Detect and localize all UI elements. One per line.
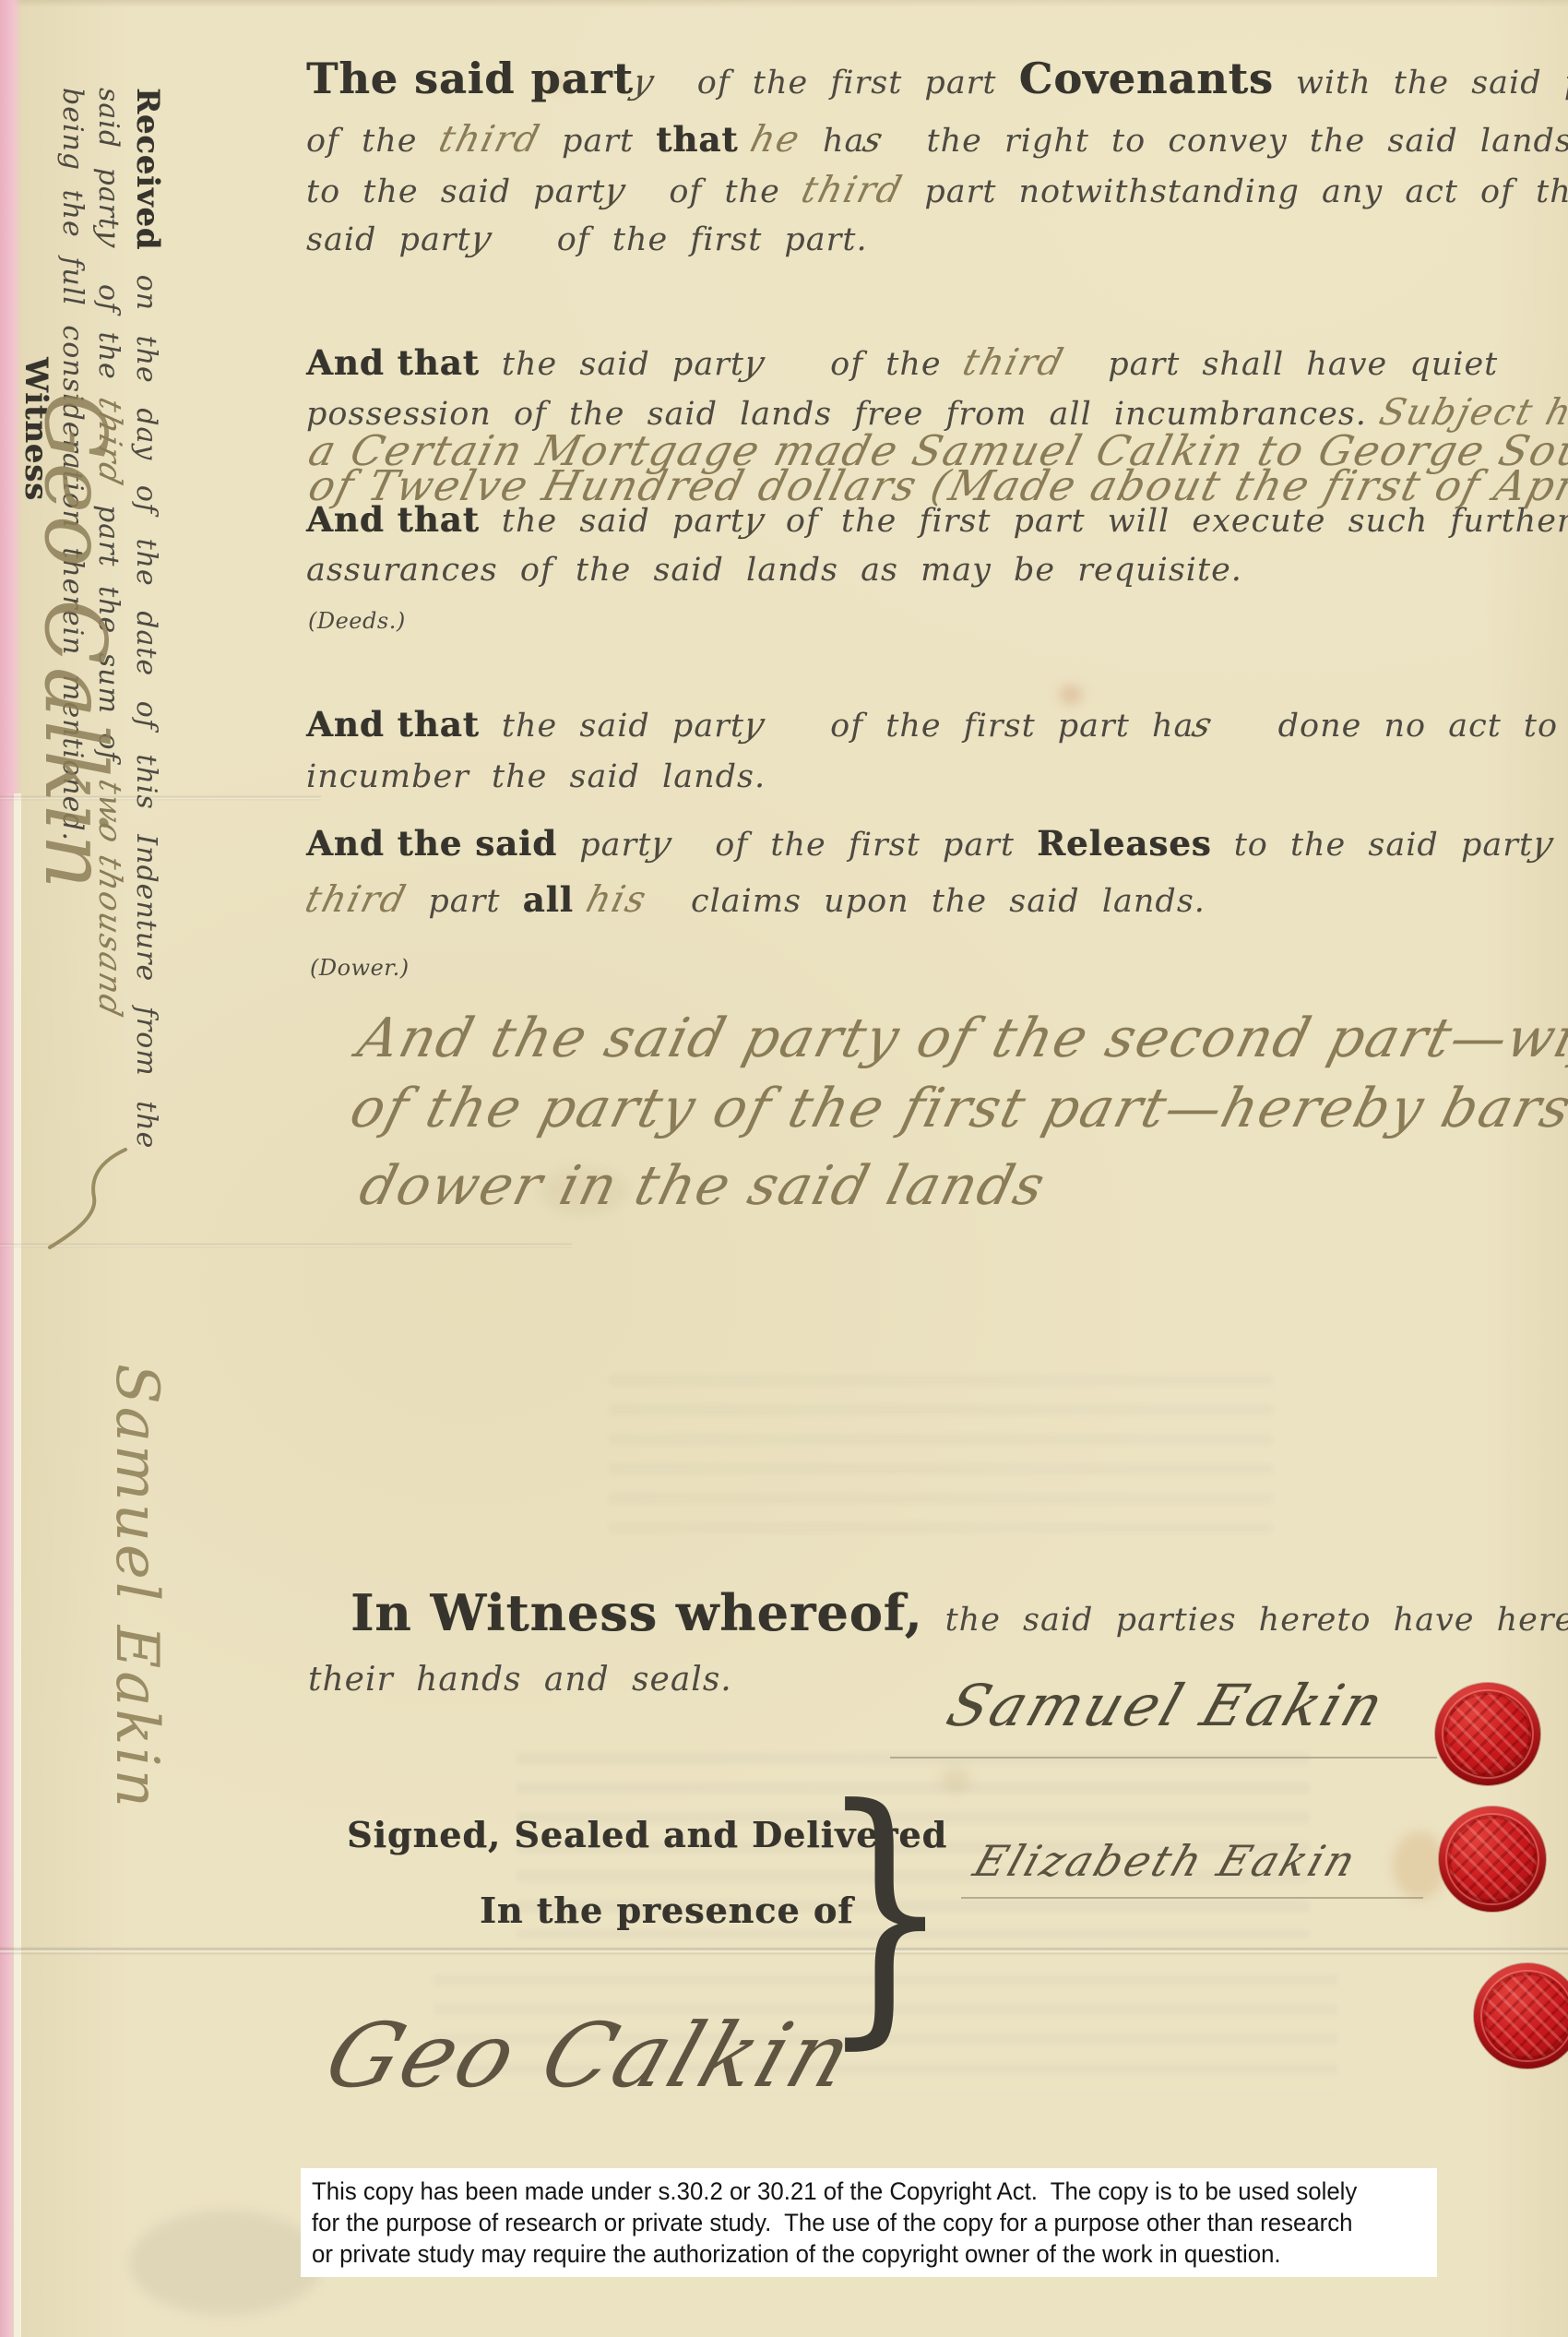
text-run-it: said part bbox=[92, 88, 125, 230]
text-run-it: of the bbox=[92, 246, 125, 399]
text-run-hw: third bbox=[301, 878, 411, 921]
text-run-it: part shall have quiet bbox=[1063, 346, 1498, 383]
covenant-line: of the third part that he has the right … bbox=[306, 118, 1568, 161]
margin-witness-signature: Geo Calkin bbox=[26, 392, 125, 1019]
text-run-bl: Releases bbox=[1037, 823, 1211, 864]
red-wax-seal bbox=[1439, 1806, 1546, 1912]
text-run-it: on the day of the date of this Indenture… bbox=[130, 250, 162, 1149]
scan-edge-pink-bottom bbox=[0, 793, 15, 2337]
text-run-it: of the bbox=[624, 173, 802, 210]
text-run-it: of the first part bbox=[653, 65, 1019, 101]
text-run-bl: And that bbox=[306, 342, 480, 383]
text-run-hw: third bbox=[434, 118, 545, 161]
covenant-line: to the said party of the third part notw… bbox=[306, 169, 1568, 211]
text-run-bl: In Witness whereof, bbox=[350, 1583, 922, 1642]
text-run-it: part bbox=[557, 827, 651, 864]
handwritten-dower-clause: of the party of the first part—hereby ba… bbox=[352, 1076, 1568, 1139]
text-run-it: of the first part bbox=[671, 827, 1037, 864]
text-run-lbl: (Dower.) bbox=[310, 955, 410, 981]
text-run-bl: And the said bbox=[306, 823, 557, 864]
text-run-hw: dower in the said lands bbox=[353, 1153, 1052, 1217]
handwritten-dower-clause: dower in the said lands bbox=[362, 1153, 1045, 1217]
text-run-bl: Covenants bbox=[1019, 54, 1274, 103]
text-run-it: ha bbox=[801, 123, 865, 160]
text-run-it: part notwithstanding any act of the bbox=[902, 173, 1568, 210]
copyright-notice-line: for the purpose of research or private s… bbox=[312, 2207, 1376, 2238]
text-run-it: claims upon the said lands. bbox=[647, 883, 1206, 920]
text-run-it: incumber the said lands. bbox=[306, 758, 766, 795]
text-run-it: with the said part bbox=[1274, 65, 1568, 101]
release-line: And the said party of the first part Rel… bbox=[306, 823, 1568, 864]
text-run-it: of the bbox=[306, 123, 440, 160]
no-act-line: And that the said party of the first par… bbox=[306, 704, 1558, 745]
text-run-it: to the said part bbox=[1212, 827, 1533, 864]
copyright-notice-line: This copy has been made under s.30.2 or … bbox=[312, 2176, 1376, 2207]
text-run-hw: third bbox=[958, 341, 1069, 384]
text-run-it: the right to convey the said lands bbox=[882, 123, 1568, 160]
covenant-line: said party of the first part. bbox=[306, 219, 868, 258]
red-wax-seal bbox=[1474, 1963, 1568, 2069]
text-run-it: assurances of the said lands as may be r… bbox=[306, 552, 1242, 589]
deed-document-page: Received on the day of the date of this … bbox=[0, 0, 1568, 2337]
text-run-bl: The said part bbox=[306, 54, 634, 103]
text-run-hw: he bbox=[733, 118, 806, 161]
hands-and-seals-line: their hands and seals. bbox=[308, 1661, 732, 1699]
text-run-it: of the first part ha bbox=[764, 708, 1194, 745]
dower-label: (Dower.) bbox=[310, 947, 410, 984]
signature-line bbox=[961, 1897, 1423, 1899]
text-run-it: their hands and seals. bbox=[308, 1661, 732, 1699]
text-run-hw: his bbox=[568, 878, 651, 921]
paper-stain bbox=[1393, 1831, 1446, 1900]
samuel-eakin-signature: Samuel Eakin bbox=[939, 1672, 1395, 1739]
text-run-hw: of the party of the first part—hereby ba… bbox=[344, 1076, 1568, 1139]
text-run-bl: And that bbox=[306, 499, 480, 540]
text-run-it: of the first part will execute such furt… bbox=[764, 503, 1568, 540]
paper-stain bbox=[1059, 685, 1083, 705]
in-witness-whereof-line: In Witness whereof, the said parties her… bbox=[350, 1583, 1568, 1642]
text-run-bl: that bbox=[656, 119, 738, 160]
further-assurances-line: And that the said party of the first par… bbox=[306, 499, 1568, 540]
text-run-it: of the first part. bbox=[490, 221, 867, 258]
text-run-it: of the bbox=[764, 346, 964, 383]
text-run-it: the said part bbox=[480, 503, 744, 540]
text-run-hw: And the said party of the second part—wi… bbox=[351, 1006, 1568, 1069]
witness-signature: Geo Calkin bbox=[314, 2004, 867, 2107]
text-run-it: the said part bbox=[480, 708, 744, 745]
elizabeth-eakin-signature: Elizabeth Eakin bbox=[968, 1836, 1364, 1886]
text-run-it: to the said part bbox=[306, 173, 605, 210]
text-run-it: done no act to bbox=[1211, 708, 1558, 745]
form-brace: } bbox=[819, 1788, 951, 2035]
text-run-lbl: (Deeds.) bbox=[308, 608, 406, 634]
paper-stain bbox=[129, 2210, 323, 2316]
signature-line bbox=[890, 1757, 1437, 1759]
no-act-line: incumber the said lands. bbox=[306, 758, 766, 795]
text-run-bl: Received bbox=[130, 88, 167, 250]
copyright-notice-box: This copy has been made under s.30.2 or … bbox=[301, 2168, 1437, 2277]
received-clause-line: Received on the day of the date of this … bbox=[128, 88, 166, 1306]
text-run-it: part bbox=[540, 123, 656, 160]
ink-bleed-through bbox=[609, 1375, 1273, 1541]
red-wax-seal bbox=[1435, 1683, 1540, 1785]
further-assurances-line: assurances of the said lands as may be r… bbox=[306, 552, 1242, 589]
text-run-it: part bbox=[406, 883, 522, 920]
text-run-hw: third bbox=[797, 169, 908, 211]
copyright-notice-line: or private study may require the authori… bbox=[312, 2238, 1376, 2270]
text-run-it: the said part bbox=[480, 346, 744, 383]
in-presence-of-label: In the presence of bbox=[480, 1890, 853, 1931]
text-run-bl: all bbox=[523, 879, 574, 920]
covenant-heading-line: The said party of the first part Covenan… bbox=[306, 54, 1568, 103]
quiet-possession-line: And that the said party of the third par… bbox=[306, 341, 1498, 384]
deeds-label: (Deeds.) bbox=[308, 600, 406, 637]
handwritten-dower-clause: And the said party of the second part—wi… bbox=[360, 1006, 1568, 1069]
paper-fold-crease bbox=[0, 1947, 1568, 1955]
text-run-bl: In the presence of bbox=[480, 1890, 853, 1931]
release-line: third part all his claims upon the said … bbox=[306, 878, 1206, 921]
margin-party-signature: Samuel Eakin bbox=[102, 1364, 171, 1770]
text-run-it: the said parties hereto have hereunto se… bbox=[922, 1602, 1568, 1639]
text-run-it: said part bbox=[306, 221, 471, 258]
handwritten-bracket bbox=[37, 1144, 138, 1255]
text-run-bl: And that bbox=[306, 704, 480, 745]
